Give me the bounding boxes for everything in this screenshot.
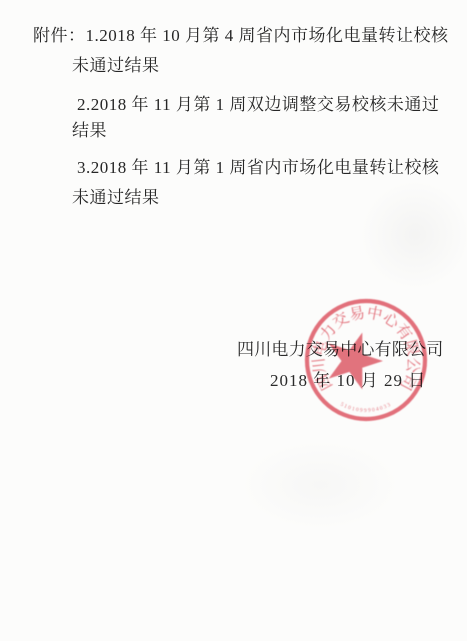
scan-smudge [240, 440, 400, 530]
attachment-line-2: 2.2018 年 11 月第 1 周双边调整交易校核未通过 [77, 94, 439, 116]
official-seal: 四川电力交易中心有限公司 5101099904033 [296, 290, 436, 430]
attachment-line-1: 附件：1.2018 年 10 月第 4 周省内市场化电量转让校核 [33, 25, 449, 47]
scanned-document-page: 附件：1.2018 年 10 月第 4 周省内市场化电量转让校核 未通过结果 2… [0, 0, 467, 641]
signature-date: 2018 年 10 月 29 日 [270, 366, 426, 391]
attachment-line-2-wrap: 结果 [72, 120, 107, 142]
attachment-line-1-wrap: 未通过结果 [72, 55, 160, 77]
attachment-line-3: 3.2018 年 11 月第 1 周省内市场化电量转让校核 [77, 157, 439, 179]
attachment-line-3-wrap: 未通过结果 [72, 187, 160, 209]
seal-serial-number: 5101099904033 [339, 402, 393, 414]
scan-smudge [360, 180, 467, 290]
seal-ring [307, 301, 425, 419]
signature-company-name: 四川电力交易中心有限公司 [237, 335, 443, 360]
